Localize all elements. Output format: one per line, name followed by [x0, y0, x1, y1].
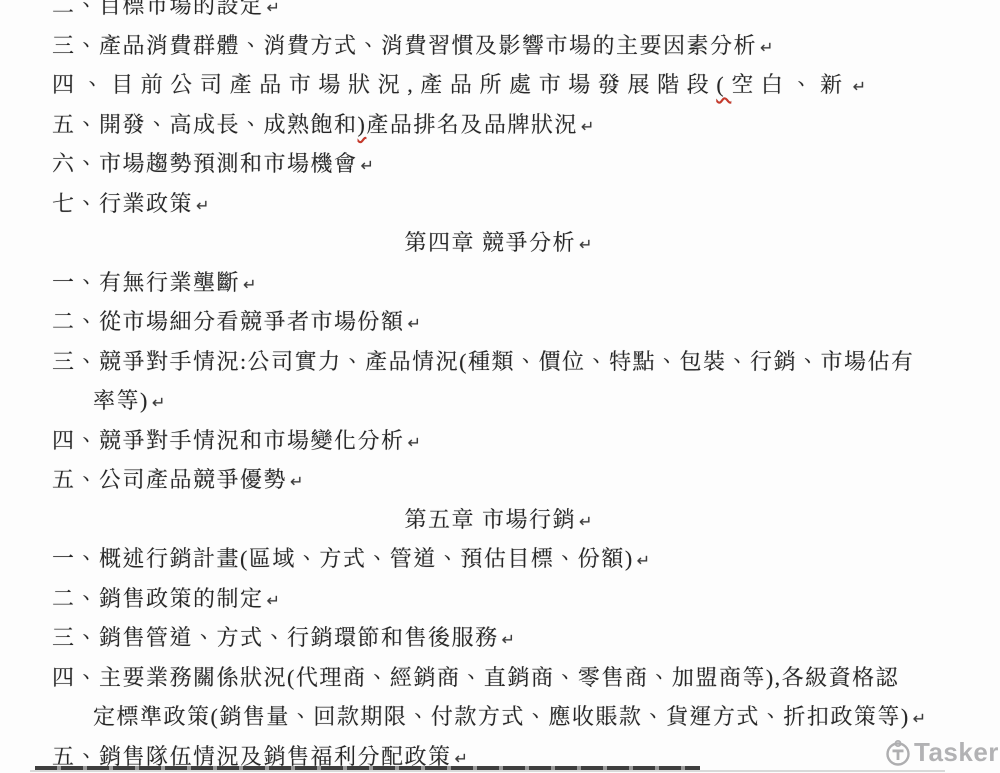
document-line[interactable]: 四、主要業務關係狀況(代理商、經銷商、直銷商、零售商、加盟商等),各級資格認 [52, 658, 945, 698]
bottom-edge-divider [30, 770, 945, 772]
document-line[interactable]: 二、目標市場的設定↵ [52, 0, 945, 26]
document-line[interactable]: 二、銷售政策的制定↵ [52, 579, 945, 619]
document-line[interactable]: 定標準政策(銷售量、回款期限、付款方式、應收賬款、貨運方式、折扣政策等)↵ [52, 697, 945, 737]
text-run: 一、有無行業壟斷 [52, 270, 240, 295]
document-line[interactable]: 三、產品消費群體、消費方式、消費習慣及影響市場的主要因素分析↵ [52, 26, 945, 66]
text-run: 產品排名及品牌狀況 [366, 112, 578, 137]
text-run: 七、行業政策 [52, 191, 193, 216]
text-run: 二、銷售政策的制定 [52, 586, 264, 611]
text-run: 五、公司產品競爭優勢 [52, 467, 287, 492]
tasker-logo-icon [884, 738, 912, 768]
paragraph-return-mark-icon: ↵ [408, 433, 421, 452]
text-run: 三、產品消費群體、消費方式、消費習慣及影響市場的主要因素分析 [52, 33, 757, 58]
paragraph-return-mark-icon: ↵ [243, 275, 256, 294]
text-run: 第五章 市場行銷 [405, 507, 577, 532]
text-run: 第四章 競爭分析 [405, 230, 577, 255]
text-run: 二、從市場細分看競爭者市場份額 [52, 309, 405, 334]
chapter-heading[interactable]: 第五章 市場行銷↵ [52, 500, 945, 540]
tasker-watermark: Tasker [884, 737, 999, 768]
text-run: 率等) [93, 388, 149, 413]
text-run: 三、競爭對手情況:公司實力、產品情況(種類、價位、特點、包裝、行銷、市場佔有 [52, 349, 914, 374]
document-line[interactable]: 五、公司產品競爭優勢↵ [52, 460, 945, 500]
text-run: 四、主要業務關係狀況(代理商、經銷商、直銷商、零售商、加盟商等),各級資格認 [52, 665, 899, 690]
document-line[interactable]: 率等)↵ [52, 381, 945, 421]
paragraph-return-mark-icon: ↵ [152, 393, 165, 412]
document-line[interactable]: 七、行業政策↵ [52, 184, 945, 224]
text-run: 四、目前公司產品市場狀況,產品所處市場發展階段 [52, 72, 716, 97]
document-line[interactable]: 四、競爭對手情況和市場變化分析↵ [52, 421, 945, 461]
spellcheck-underlined-text: ( [716, 72, 731, 97]
document-line[interactable]: 五、開發、高成長、成熟飽和)產品排名及品牌狀況↵ [52, 105, 945, 145]
text-run: 一、概述行銷計畫(區域、方式、管道、預估目標、份額) [52, 546, 634, 571]
document-body[interactable]: 二、目標市場的設定↵三、產品消費群體、消費方式、消費習慣及影響市場的主要因素分析… [52, 0, 945, 773]
paragraph-return-mark-icon: ↵ [913, 709, 926, 728]
chapter-heading[interactable]: 第四章 競爭分析↵ [52, 223, 945, 263]
document-line[interactable]: 四、目前公司產品市場狀況,產品所處市場發展階段(空白、新↵ [52, 65, 945, 105]
paragraph-return-mark-icon: ↵ [267, 591, 280, 610]
paragraph-return-mark-icon: ↵ [502, 630, 515, 649]
text-run: 六、市場趨勢預測和市場機會 [52, 151, 358, 176]
document-line[interactable]: 三、銷售管道、方式、行銷環節和售後服務↵ [52, 618, 945, 658]
paragraph-return-mark-icon: ↵ [290, 472, 303, 491]
text-run: 定標準政策(銷售量、回款期限、付款方式、應收賬款、貨運方式、折扣政策等) [93, 704, 910, 729]
paragraph-return-mark-icon: ↵ [408, 314, 421, 333]
text-run: 五、開發、高成長、成熟飽和 [52, 112, 358, 137]
paragraph-return-mark-icon: ↵ [579, 512, 592, 531]
paragraph-return-mark-icon: ↵ [581, 117, 594, 136]
text-run: 二、目標市場的設定 [52, 0, 264, 18]
paragraph-return-mark-icon: ↵ [637, 551, 650, 570]
paragraph-return-mark-icon: ↵ [853, 77, 866, 96]
paragraph-return-mark-icon: ↵ [579, 235, 592, 254]
paragraph-return-mark-icon: ↵ [361, 156, 374, 175]
text-run: 空白、新 [731, 72, 849, 97]
text-run: 三、銷售管道、方式、行銷環節和售後服務 [52, 625, 499, 650]
word-document-page[interactable]: 二、目標市場的設定↵三、產品消費群體、消費方式、消費習慣及影響市場的主要因素分析… [0, 0, 1000, 773]
document-line[interactable]: 六、市場趨勢預測和市場機會↵ [52, 144, 945, 184]
text-run: 五、銷售隊伍情況及銷售福利分配政策 [52, 744, 452, 769]
text-run: 四、競爭對手情況和市場變化分析 [52, 428, 405, 453]
document-line[interactable]: 一、概述行銷計畫(區域、方式、管道、預估目標、份額)↵ [52, 539, 945, 579]
paragraph-return-mark-icon: ↵ [267, 0, 280, 17]
watermark-label: Tasker [914, 737, 999, 768]
document-line[interactable]: 一、有無行業壟斷↵ [52, 263, 945, 303]
document-line[interactable]: 三、競爭對手情況:公司實力、產品情況(種類、價位、特點、包裝、行銷、市場佔有 [52, 342, 945, 382]
document-line[interactable]: 二、從市場細分看競爭者市場份額↵ [52, 302, 945, 342]
paragraph-return-mark-icon: ↵ [455, 749, 468, 768]
paragraph-return-mark-icon: ↵ [196, 196, 209, 215]
paragraph-return-mark-icon: ↵ [760, 38, 773, 57]
